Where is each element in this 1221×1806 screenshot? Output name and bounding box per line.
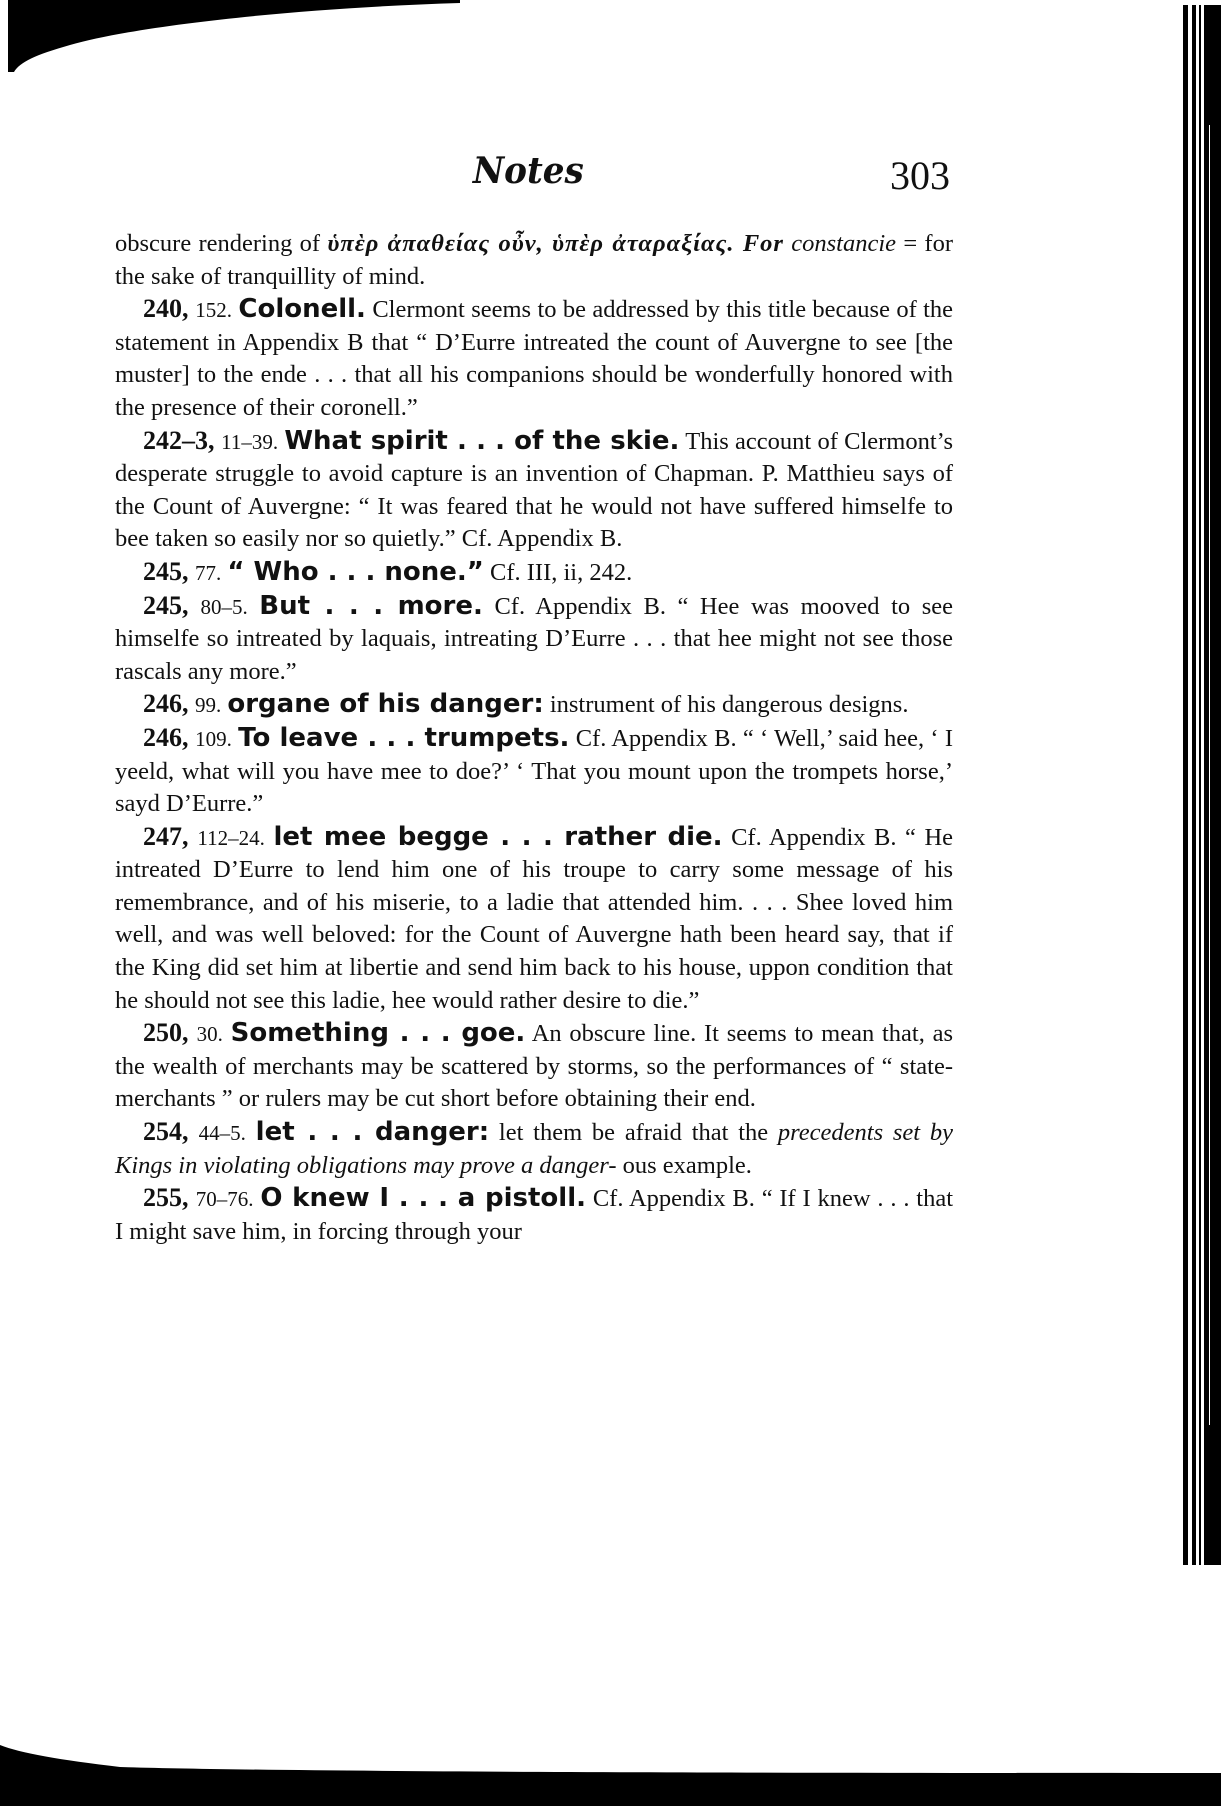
note-entry: 246, 109. To leave . . . trumpets. Cf. A… [115, 722, 953, 821]
running-head: Notes 303 [115, 150, 950, 200]
note-reference: 245, 80–5. [143, 591, 248, 620]
note-reference: 245, 77. [143, 557, 221, 586]
note-entry: 254, 44–5. let . . . danger: let them be… [115, 1116, 953, 1182]
note-lemma: O knew I . . . a pistoll. [260, 1183, 586, 1213]
note-lemma: To leave . . . trumpets. [238, 723, 569, 753]
note-reference: 242–3, 11–39. [143, 426, 278, 455]
note-entry: 247, 112–24. let mee begge . . . rather … [115, 821, 953, 1018]
note-reference: 255, 70–76. [143, 1183, 253, 1212]
note-reference: 240, 152. [143, 294, 232, 323]
note-lemma: organe of his danger: [227, 689, 543, 719]
note-entry: 250, 30. Something . . . goe. An obscure… [115, 1017, 953, 1116]
running-title: Notes [473, 150, 584, 192]
note-lemma: Something . . . goe. [231, 1018, 526, 1048]
note-lemma: But . . . more. [259, 591, 483, 621]
note-text: Cf. III, ii, 242. [490, 559, 632, 586]
scan-bottom-shadow [0, 1745, 1221, 1806]
italic-term: constancie [791, 230, 896, 257]
note-entry: 240, 152. Colonell. Clermont seems to be… [115, 293, 953, 424]
note-reference: 247, 112–24. [143, 822, 265, 851]
note-entry: 242–3, 11–39. What spirit . . . of the s… [115, 425, 953, 556]
note-reference: 250, 30. [143, 1018, 223, 1047]
note-text: Cf. Appendix B. “ He intreated D’Eurre t… [115, 824, 953, 1014]
note-entry: 255, 70–76. O knew I . . . a pistoll. Cf… [115, 1182, 953, 1248]
note-lemma: What spirit . . . of the skie. [284, 426, 679, 456]
note-text: instrument of his dangerous designs. [550, 691, 909, 718]
note-entry: 246, 99. organe of his danger: instrumen… [115, 688, 953, 722]
notes-body: obscure rendering of ὑπὲρ ἀπαθείας οὖν, … [115, 228, 953, 1248]
note-lemma: “ Who . . . none.” [227, 557, 484, 587]
note-reference: 246, 109. [143, 723, 232, 752]
note-lemma: let mee begge . . . rather die. [273, 822, 722, 852]
note-lemma: let . . . danger: [256, 1117, 490, 1147]
note-reference: 254, 44–5. [143, 1117, 246, 1146]
note-entry: 245, 77. “ Who . . . none.” Cf. III, ii,… [115, 556, 953, 590]
greek-phrase: ὑπὲρ ἀπαθείας οὖν, ὑπὲρ ἀταραξίας. For [327, 230, 784, 257]
note-text-after: ous example. [623, 1152, 752, 1179]
text-run: obscure rendering of [115, 230, 327, 257]
page-number: 303 [890, 152, 950, 199]
note-lemma: Colonell. [238, 294, 366, 324]
note-entry: 245, 80–5. But . . . more. Cf. Appendix … [115, 590, 953, 689]
note-text: let them be afraid that the [499, 1119, 778, 1146]
note-continuation: obscure rendering of ὑπὲρ ἀπαθείας οὖν, … [115, 228, 953, 293]
scan-corner-shadow [0, 0, 470, 80]
book-edge-stripes [1183, 5, 1221, 1565]
note-reference: 246, 99. [143, 689, 221, 718]
